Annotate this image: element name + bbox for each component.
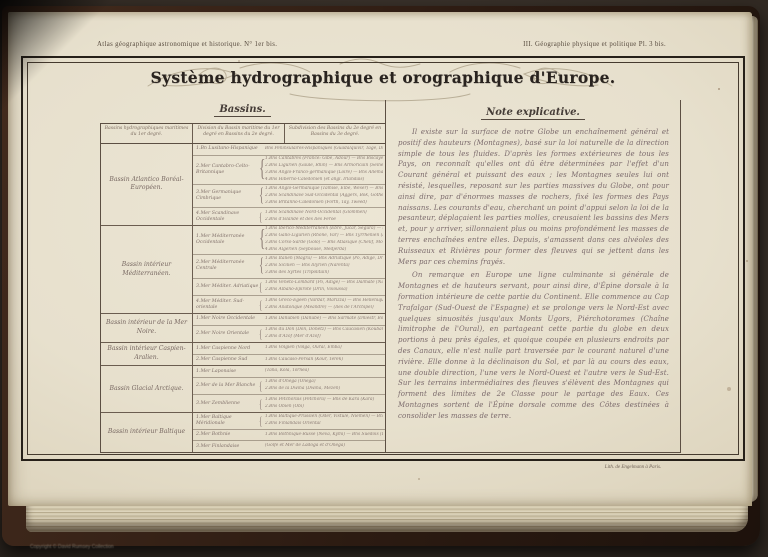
sub-basin: 2.Bns Anatolique (Méandre) — (Iles de l'… xyxy=(265,305,383,312)
basin-rows: 1.Mer Baltique Méridionale{1.Bns Baltiqu… xyxy=(193,413,385,452)
sub-basin: 1.Bns Cantabres (France: Gibe, Adour) — … xyxy=(265,156,383,163)
table-row: 2.Mer Noire Orientale{1.Bns du Don (Don,… xyxy=(193,325,385,342)
sub-basin: 2.Bns Scandinave Sud-Occidental (Aggers,… xyxy=(265,193,383,200)
bassins-table-body: Bassin Atlantico Boréal-Européen.1.Bn Lu… xyxy=(101,144,385,452)
sub-basin: 1.Bns d'Onéga (Onéga) xyxy=(265,379,383,386)
section-title-note: Note explicative. xyxy=(386,107,680,118)
sub-basin-list: 1.Bns du Don (Don, Donetz) — Bns Caucasi… xyxy=(263,327,385,341)
note-body: Il existe sur la surface de notre Globe … xyxy=(386,118,680,422)
sea-name: 2.Mer Noire Orientale xyxy=(193,331,259,337)
grouping-brace: { xyxy=(259,380,261,392)
table-header-row: Bassins hydrographiques maritimes du 1er… xyxy=(101,124,385,144)
sub-basin-list: 1.Bns Baltique-Prussien (Oder, Vistule, … xyxy=(263,414,385,428)
sea-name: 2.Mer Bothnie xyxy=(193,432,259,438)
basin-rows: 1.Mer Noire Occidentale1.Bns Danubien (D… xyxy=(193,314,385,342)
table-row: 1.Mer Laponaise(Tana, Kola, Tornéa) xyxy=(193,366,385,377)
sub-basin-list: (Tana, Kola, Tornéa) xyxy=(263,368,385,375)
sub-basin: 1.Bns du Don (Don, Donetz) — Bns Caucasi… xyxy=(265,327,383,334)
sub-basin-list: 1.Bns Danubien (Danube) — Bns Sarmate (D… xyxy=(263,316,385,323)
sub-basin: 1.Bns Volgien (Volga, Oural, Emba) xyxy=(265,345,383,352)
sea-name: 2.Mer Méditerranée Centrale xyxy=(193,260,259,272)
section-title-bassins: Bassins. xyxy=(100,104,385,115)
column-header-degree2: Division du Bassin maritime du 1er degré… xyxy=(193,124,285,143)
basin-rows: 1.Bn Lusitano-HispaniqueBns Péninsulaire… xyxy=(193,144,385,225)
basin-name: Bassin Atlantico Boréal-Européen. xyxy=(101,144,193,225)
basin-name: Bassin intérieur de la Mer Noire. xyxy=(101,314,193,342)
running-head-right: III. Géographie physique et politique Pl… xyxy=(523,41,666,48)
grouping-brace: { xyxy=(259,328,261,340)
table-row: 4.Mer Scandinave Occidentale{1.Bns Scand… xyxy=(193,207,385,225)
sea-name: 1.Mer Méditerranée Occidentale xyxy=(193,234,259,246)
sub-basin-list: 1.Bns Volgien (Volga, Oural, Emba) xyxy=(263,345,385,352)
sub-basin: 3.Bns des Syrtes (Tripolitain) xyxy=(265,270,383,277)
basin-rows: 1.Mer Caspienne Nord1.Bns Volgien (Volga… xyxy=(193,343,385,365)
sub-basin-list: 1.Bns Vénéto-Lombard (Pô, Adige) — Bns D… xyxy=(263,280,385,294)
basin-name: Bassin intérieur Méditerranéen. xyxy=(101,226,193,313)
table-row: 2.Mer de la Mer Blanche{1.Bns d'Onéga (O… xyxy=(193,377,385,394)
sub-basin: 1.Bns Ibérico-Méditerranéen (Èbre, Júcar… xyxy=(265,226,383,233)
sub-basin: 2.Bns de la Dwina (Dwina, Mezen) xyxy=(265,386,383,393)
sub-basin: 2.Bns Gallo-Ligurien (Rhône, Var) — Bns … xyxy=(265,233,383,240)
sub-basin: 1.Bns Baltique-Prussien (Oder, Vistule, … xyxy=(265,414,383,421)
sub-basin-list: 1.Bns Ibérico-Méditerranéen (Èbre, Júcar… xyxy=(263,226,385,254)
sea-name: 3.Mer Germanique Cimbrique xyxy=(193,190,259,202)
sub-basin: 1.Bns Scandinave Nord-Occidental (Glomme… xyxy=(265,210,383,217)
table-row: 3.Mer Méditer. Adriatique{1.Bns Vénéto-L… xyxy=(193,278,385,296)
sub-basin: (Tana, Kola, Tornéa) xyxy=(265,368,383,375)
sub-basin: 4.Bns Algérien (Seybouse, Medjerda) xyxy=(265,247,383,254)
grouping-brace: { xyxy=(259,229,261,251)
sub-basin-list: 1.Bns Petchorais (Petchora) — Bns de Kar… xyxy=(263,397,385,411)
sub-basin: 3.Bns Corso-Sarde (Golo) — Bns Atlasique… xyxy=(265,240,383,247)
table-row: 1.Mer Méditerranée Occidentale{1.Bns Ibé… xyxy=(193,226,385,254)
grouping-brace: { xyxy=(259,258,261,275)
sea-name: 1.Mer Baltique Méridionale xyxy=(193,415,259,427)
sub-basin: 2.Bns d'Azof (Mer d'Azof) xyxy=(265,334,383,341)
table-row: 2.Mer Méditerranée Centrale{1.Bns Italie… xyxy=(193,254,385,277)
sub-basin: 2.Bns Albano-Épirote (Drin, Voïoussa) xyxy=(265,287,383,294)
table-row: 1.Mer Caspienne Nord1.Bns Volgien (Volga… xyxy=(193,343,385,354)
sea-name: 1.Mer Caspienne Nord xyxy=(193,346,259,352)
sea-name: 3.Mer Finlandaise xyxy=(193,444,259,450)
page-bottom-edge xyxy=(26,504,748,532)
sea-name: 3.Mer Zemblienne xyxy=(193,401,259,407)
basin-rows: 1.Mer Méditerranée Occidentale{1.Bns Ibé… xyxy=(193,226,385,313)
table-row: 1.Bn Lusitano-HispaniqueBns Péninsulaire… xyxy=(193,144,385,155)
basin-group: Bassin Glacial Arctique.1.Mer Laponaise(… xyxy=(101,365,385,411)
grouping-brace: { xyxy=(259,281,261,293)
table-row: 2.Mer Cantabro-Celto-Britannique{1.Bns C… xyxy=(193,155,385,184)
foxing-specks xyxy=(718,88,720,90)
bassins-table: Bassins hydrographiques maritimes du 1er… xyxy=(100,123,385,453)
table-row: 1.Mer Baltique Méridionale{1.Bns Baltiqu… xyxy=(193,413,385,429)
sea-name: 1.Mer Laponaise xyxy=(193,369,259,375)
grouping-brace: { xyxy=(259,188,261,205)
sub-basin: (Golfe et Mer de Ladoga et d'Onéga) xyxy=(265,443,383,450)
basin-group: Bassin intérieur Caspien-Aralien.1.Mer C… xyxy=(101,342,385,365)
page-title: Système hydrographique et orographique d… xyxy=(151,68,616,87)
sub-basin-list: Bns Péninsulaires-Hispaniques (Guadalqui… xyxy=(263,146,385,153)
grouping-brace: { xyxy=(259,398,261,410)
sub-basin: 3.Bns Anglo-Franco-germanique (Loire) — … xyxy=(265,170,383,177)
sub-basin: 2.Bns Obien (Obi) xyxy=(265,404,383,411)
running-head-left: Atlas géographique astronomique et histo… xyxy=(97,41,277,48)
grouping-brace: { xyxy=(259,211,261,223)
table-row: 1.Mer Noire Occidentale1.Bns Danubien (D… xyxy=(193,314,385,325)
sub-basin-list: 1.Bns Italien (Magra) — Bns Adriatique (… xyxy=(263,256,385,277)
note-paragraph: On remarque en Europe une ligne culminan… xyxy=(398,270,669,421)
basin-name: Bassin Glacial Arctique. xyxy=(101,366,193,411)
sub-basin-list: 1.Bns Gréco-Égéen (Vardar, Marizza) — Bn… xyxy=(263,298,385,312)
table-row: 3.Mer Finlandaise(Golfe et Mer de Ladoga… xyxy=(193,440,385,452)
sub-basin: 2.Bns Sicilien — Bns Illyrien (Narenta) xyxy=(265,263,383,270)
column-header-degree1: Bassins hydrographiques maritimes du 1er… xyxy=(101,124,193,143)
basin-group: Bassin Atlantico Boréal-Européen.1.Bn Lu… xyxy=(101,144,385,225)
sub-basin-list: 1.Bns Caucaso-Persan (Kour, Térek) xyxy=(263,357,385,364)
table-row: 2.Mer Caspienne Sud1.Bns Caucaso-Persan … xyxy=(193,354,385,366)
sub-basin: 1.Bns Vénéto-Lombard (Pô, Adige) — Bns D… xyxy=(265,280,383,287)
sub-basin: 1.Bns Danubien (Danube) — Bns Sarmate (D… xyxy=(265,316,383,323)
sub-basin-list: (Golfe et Mer de Ladoga et d'Onéga) xyxy=(263,443,385,450)
basin-group: Bassin intérieur Baltique1.Mer Baltique … xyxy=(101,412,385,452)
atlas-page: Atlas géographique astronomique et histo… xyxy=(8,12,752,506)
sub-basin-list: 1.Bns Bothnique-Russe (Néva, Kymi) — Bns… xyxy=(263,432,385,439)
sub-basin: 4.Bns Hiberno-Calédonien (et angl. Irlan… xyxy=(265,177,383,184)
sub-basin: 1.Bns Petchorais (Petchora) — Bns de Kar… xyxy=(265,397,383,404)
sub-basin-list: 1.Bns Cantabres (France: Gibe, Adour) — … xyxy=(263,156,385,184)
grouping-brace: { xyxy=(259,159,261,181)
photo-background: Atlas géographique astronomique et histo… xyxy=(0,0,768,557)
sea-name: 1.Bn Lusitano-Hispanique xyxy=(193,146,259,152)
sub-basin: 1.Bns Caucaso-Persan (Kour, Térek) xyxy=(265,357,383,364)
column-header-degree3: Subdivision des Bassins du 2e degré en B… xyxy=(285,124,385,143)
sub-basin-list: 1.Bns d'Onéga (Onéga)2.Bns de la Dwina (… xyxy=(263,379,385,393)
sub-basin: 2.Bns Finlandais Oriental xyxy=(265,421,383,428)
sea-name: 1.Mer Noire Occidentale xyxy=(193,316,259,322)
sea-name: 2.Mer de la Mer Blanche xyxy=(193,383,259,389)
sea-name: 2.Mer Cantabro-Celto-Britannique xyxy=(193,164,259,176)
sub-basin: 2.Bns d'Islande et des Iles Féroé xyxy=(265,217,383,224)
sub-basin: 2.Bns Ligurien (Gaule, Rhin) — Bns Armor… xyxy=(265,163,383,170)
sub-basin: Bns Péninsulaires-Hispaniques (Guadalqui… xyxy=(265,146,383,153)
sea-name: 4.Mer Méditer. Sud-orientale xyxy=(193,299,259,311)
basin-group: Bassin intérieur Méditerranéen.1.Mer Méd… xyxy=(101,225,385,313)
sea-name: 4.Mer Scandinave Occidentale xyxy=(193,211,259,223)
sea-name: 3.Mer Méditer. Adriatique xyxy=(193,284,259,290)
grouping-brace: { xyxy=(259,415,261,427)
sub-basin: 1.Bns Bothnique-Russe (Néva, Kymi) — Bns… xyxy=(265,432,383,439)
sub-basin-list: 1.Bns Anglo-Germanique (Tamise, Elbe, We… xyxy=(263,186,385,207)
basin-name: Bassin intérieur Baltique xyxy=(101,413,193,452)
photo-caption: Copyright © David Rumsey Collection xyxy=(30,544,114,550)
lithographer-imprint: Lith. de Engelmann à Paris. xyxy=(568,465,698,470)
basin-name: Bassin intérieur Caspien-Aralien. xyxy=(101,343,193,365)
table-row: 2.Mer Bothnie1.Bns Bothnique-Russe (Néva… xyxy=(193,429,385,441)
sub-basin: 1.Bns Italien (Magra) — Bns Adriatique (… xyxy=(265,256,383,263)
sea-name: 2.Mer Caspienne Sud xyxy=(193,357,259,363)
grouping-brace: { xyxy=(259,299,261,311)
basin-group: Bassin intérieur de la Mer Noire.1.Mer N… xyxy=(101,313,385,342)
table-row: 3.Mer Zemblienne{1.Bns Petchorais (Petch… xyxy=(193,394,385,411)
sub-basin-list: 1.Bns Scandinave Nord-Occidental (Glomme… xyxy=(263,210,385,224)
basin-rows: 1.Mer Laponaise(Tana, Kola, Tornéa)2.Mer… xyxy=(193,366,385,411)
table-row: 4.Mer Méditer. Sud-orientale{1.Bns Gréco… xyxy=(193,295,385,313)
sub-basin: 1.Bns Anglo-Germanique (Tamise, Elbe, We… xyxy=(265,186,383,193)
table-row: 3.Mer Germanique Cimbrique{1.Bns Anglo-G… xyxy=(193,184,385,207)
sub-basin: 1.Bns Gréco-Égéen (Vardar, Marizza) — Bn… xyxy=(265,298,383,305)
note-paragraph: Il existe sur la surface de notre Globe … xyxy=(398,127,669,267)
note-panel: Note explicative. Il existe sur la surfa… xyxy=(385,100,681,453)
sub-basin: 3.Bns Britanno-Calédonien (Forth, Tay, T… xyxy=(265,200,383,207)
